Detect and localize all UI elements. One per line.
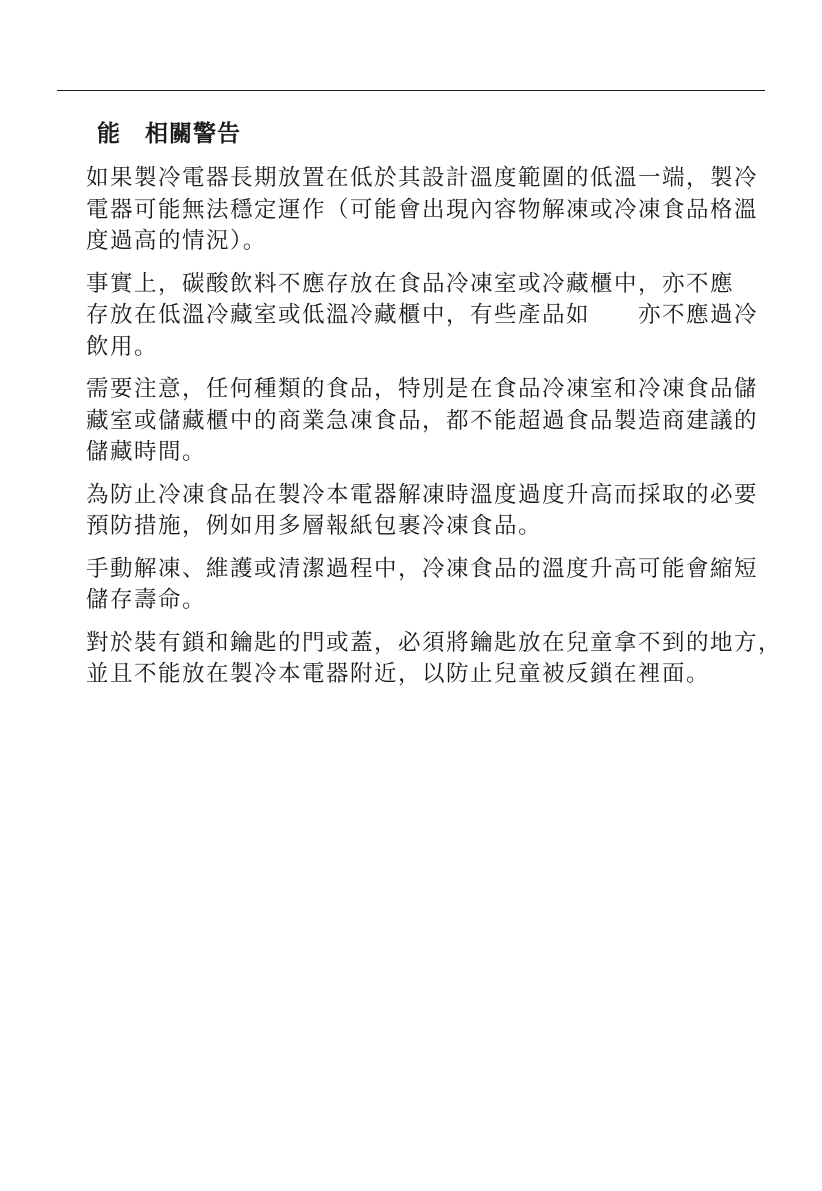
text-line: 為防止冷凍食品在製冷本電器解凍時溫度過度升高而採取的必要 bbox=[86, 480, 776, 512]
text-line: 度過高的情況）。 bbox=[86, 226, 776, 258]
paragraph-maintenance: 手動解凍、維護或清潔過程中，冷凍食品的溫度升高可能會縮短 儲存壽命。 bbox=[86, 554, 776, 617]
text-line: 手動解凍、維護或清潔過程中，冷凍食品的溫度升高可能會縮短 bbox=[86, 554, 776, 586]
header-rule bbox=[57, 90, 765, 91]
text-line: 儲藏時間。 bbox=[86, 437, 776, 469]
text-line: 事實上，碳酸飲料不應存放在食品冷凍室或冷藏櫃中，亦不應 bbox=[86, 269, 776, 301]
text-line: 並且不能放在製冷本電器附近，以防止兒童被反鎖在裡面。 bbox=[86, 659, 776, 691]
paragraph-low-temperature: 如果製冷電器長期放置在低於其設計溫度範圍的低溫一端，製冷 電器可能無法穩定運作（… bbox=[86, 163, 776, 258]
text-line: 如果製冷電器長期放置在低於其設計溫度範圍的低溫一端，製冷 bbox=[86, 163, 776, 195]
text-line: 對於裝有鎖和鑰匙的門或蓋，必須將鑰匙放在兒童拿不到的地方， bbox=[86, 628, 776, 660]
text-line: 飲用。 bbox=[86, 332, 776, 364]
text-line: 儲存壽命。 bbox=[86, 585, 776, 617]
text-line: 藏室或儲藏櫃中的商業急凍食品，都不能超過食品製造商建議的 bbox=[86, 406, 776, 438]
paragraph-defrost-precaution: 為防止冷凍食品在製冷本電器解凍時溫度過度升高而採取的必要 預防措施，例如用多層報… bbox=[86, 480, 776, 543]
paragraph-lock-and-key: 對於裝有鎖和鑰匙的門或蓋，必須將鑰匙放在兒童拿不到的地方， 並且不能放在製冷本電… bbox=[86, 628, 776, 691]
paragraph-carbonated-drinks: 事實上，碳酸飲料不應存放在食品冷凍室或冷藏櫃中，亦不應 存放在低溫冷藏室或低溫冷… bbox=[86, 269, 776, 364]
text-line: 存放在低溫冷藏室或低溫冷藏櫃中，有些產品如 亦不應過冷 bbox=[86, 300, 776, 332]
text-line: 需要注意，任何種類的食品，特別是在食品冷凍室和冷凍食品儲 bbox=[86, 374, 776, 406]
section-title: 能 相關警告 bbox=[97, 118, 241, 150]
text-line: 預防措施，例如用多層報紙包裹冷凍食品。 bbox=[86, 511, 776, 543]
text-line: 電器可能無法穩定運作（可能會出現內容物解凍或冷凍食品格溫 bbox=[86, 195, 776, 227]
paragraph-storage-time: 需要注意，任何種類的食品，特別是在食品冷凍室和冷凍食品儲 藏室或儲藏櫃中的商業急… bbox=[86, 374, 776, 469]
warning-body: 如果製冷電器長期放置在低於其設計溫度範圍的低溫一端，製冷 電器可能無法穩定運作（… bbox=[86, 163, 776, 702]
